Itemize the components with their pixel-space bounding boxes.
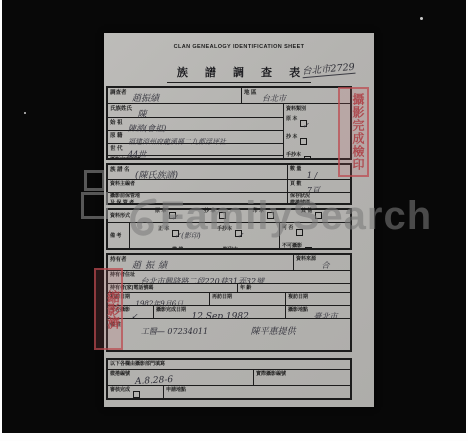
generations-field: 世 代 44世 (108, 144, 283, 156)
review-complete-field: 審核完成 (108, 386, 164, 398)
red-seal-stamp-left: 縮影濟 (94, 268, 123, 350)
section4-table: 持有者 趙振績 資料來源 合 持有者住址 台北市興隆路二段220巷31弄32號 … (106, 253, 352, 352)
first-visit-value: 1982年9月6日 (135, 299, 183, 305)
first-ancestor-label: 始 祖 (108, 118, 124, 127)
watermark-square-small (84, 170, 105, 191)
revisit-field: 複訪日期 (286, 293, 350, 305)
filming-date-label: 攝影完成日期 (154, 306, 187, 314)
source-field: 資料來源 合 (294, 255, 350, 270)
holder-field: 持有者 趙振績 (108, 255, 294, 270)
surveyor-field: 調查者 趙振績 (108, 88, 242, 103)
request-place-field: 申請地點 (164, 386, 350, 398)
filming-date-field: 攝影完成日期 12 Sep 1982 (154, 306, 286, 318)
first-ancestor-field: 始 祖 陳澔(會祖) (108, 118, 283, 131)
genealogy-title-label: 族 譜 名 (108, 165, 131, 174)
record-form-label: 資料形式 (108, 212, 131, 220)
area-value: 台北市 (262, 93, 286, 103)
surname-label: 氏族姓氏 (108, 104, 133, 113)
section2-table: 族 譜 名 (陳氏族譜) 數 量 1 / 資料主編者 頁 數 7頁 (106, 163, 352, 205)
surname-field: 氏族姓氏 陳 (108, 104, 283, 118)
notes-cell: 備 註 工醫— 07234011 陳平惠提供 (108, 319, 350, 352)
checkbox (304, 156, 311, 158)
microfilm-number-value: A.8.28-6 (135, 375, 174, 385)
option-microfilm: 微 捲 (170, 246, 194, 248)
custody-field: 攝影前保管地 及 保 管 者 (108, 193, 288, 205)
permission-cell: 可 否 不可攝影 (理由記入) (280, 223, 350, 248)
section5-table: 以下各欄由攝影部門填寫 微捲編號 A.8.28-6 實際攝影編號 審核完成 申請… (106, 358, 352, 400)
compiler-field: 資料主編者 (108, 180, 288, 192)
microfilm-number-field: 微捲編號 A.8.28-6 (108, 370, 254, 385)
option-photocopy: 影印本 (221, 246, 249, 248)
volume-count-value: 1 / (307, 171, 317, 179)
holder-phone-field: 持有者(家)電話號碼 (108, 284, 238, 292)
watermark-square-large (81, 192, 108, 219)
scan-dust-speck (24, 112, 26, 114)
surveyor-label: 調查者 (108, 88, 128, 97)
first-visit-field: 初訪日期 1982年9月6日 (108, 293, 210, 305)
holder-address-value: 台北市興隆路二段220巷31弄32號 (140, 276, 264, 283)
holder-address-field: 持有者住址 台北市興隆路二段220巷31弄32號 (108, 271, 350, 283)
section1-table: 調查者 趙振績 地 區 台北市 氏族姓氏 陳 始 祖 陳澔(會祖) (106, 86, 352, 160)
surveyor-value: 趙振績 (132, 91, 159, 103)
notes-line2: 陳平惠提供 (251, 324, 296, 337)
request-place-label: 申請地點 (164, 386, 187, 394)
genealogy-form-sheet: CLAN GENEALOGY IDENTIFICATION SHEET 族 譜 … (104, 33, 374, 407)
filming-place-field: 攝影地點 臺北市 (286, 306, 350, 318)
source-label: 資料來源 (294, 255, 317, 263)
film-number-field: 攝影完成編號 (108, 156, 283, 158)
area-field: 地 區 台北市 (242, 88, 350, 103)
generations-label: 世 代 (108, 144, 124, 153)
filming-place-label: 攝影地點 (286, 306, 309, 314)
filming-dept-header-cell: 以下各欄由攝影部門填寫 (108, 360, 350, 369)
page-count-field: 頁 數 7頁 (288, 180, 350, 192)
volume-count-label: 數 量 (288, 165, 302, 173)
ancestral-home-field: 原 籍 福建漳州府龍溪縣二九都浮坪社 (108, 131, 283, 144)
age-field: 年 齡 (238, 284, 350, 292)
revisit-label: 複訪日期 (286, 293, 309, 301)
scan-dust-speck (420, 17, 423, 20)
remarks-options-cell: 正 本✓(影印) 手抄本✓ 微 捲 影印本 (130, 223, 280, 248)
genealogy-title-value: (陳氏族譜) (135, 168, 178, 179)
checkbox (300, 138, 307, 145)
second-visit-label: 再訪日期 (210, 293, 233, 301)
clan-info-column: 氏族姓氏 陳 始 祖 陳澔(會祖) 原 籍 福建漳州府龍溪縣二九都浮坪社 世 代… (108, 104, 284, 158)
ancestral-home-label: 原 籍 (108, 131, 124, 140)
remarks-label-cell: 備 考 (108, 223, 130, 248)
red-seal-stamp-right: 攝影完成檢印 (338, 87, 369, 177)
holder-value: 趙振績 (132, 258, 171, 270)
scanned-document-page: CLAN GENEALOGY IDENTIFICATION SHEET 族 譜 … (0, 0, 468, 441)
genealogy-title-field: 族 譜 名 (陳氏族譜) (108, 165, 288, 179)
page-count-label: 頁 數 (288, 180, 302, 188)
form-english-title: CLAN GENEALOGY IDENTIFICATION SHEET (104, 44, 374, 50)
compiler-label: 資料主編者 (108, 180, 136, 188)
actual-filming-number-label: 實際攝影編號 (254, 370, 287, 378)
second-visit-field: 再訪日期 (210, 293, 286, 305)
film-number-label: 攝影完成編號 (108, 156, 141, 158)
review-complete-label: 審核完成 (108, 386, 131, 394)
notes-line1: 工醫— 07234011 (141, 326, 208, 337)
area-label: 地 區 (242, 88, 258, 97)
actual-filming-number-field: 實際攝影編號 (254, 370, 350, 385)
holder-label: 持有者 (108, 255, 128, 264)
option-manuscript: 手抄本✓ (215, 225, 244, 242)
option-master-copy: 正 本✓(影印) (156, 225, 201, 242)
microfilm-number-label: 微捲編號 (108, 370, 131, 378)
section3-table: 資料形式 原 本✓ 抄 本 印 本 其 他 備 考 正 本✓(影印) 手抄本✓ (106, 208, 352, 250)
filming-date-value: 12 Sep 1982 (191, 312, 248, 318)
check-mark: ✓ (302, 121, 309, 130)
filming-dept-header: 以下各欄由攝影部門填寫 (108, 360, 166, 368)
source-value: 合 (321, 260, 329, 270)
condition-field: 保存狀況 微捲號碼 (288, 193, 350, 205)
page-count-value: 7頁 (307, 185, 320, 192)
age-label: 年 齡 (238, 284, 252, 292)
filming-place-value: 臺北市 (313, 311, 337, 318)
